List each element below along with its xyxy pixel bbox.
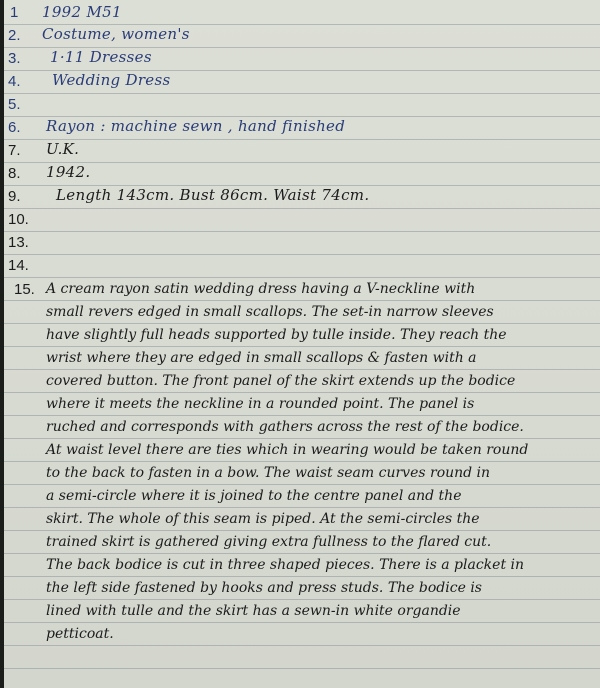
- field-number: 13.: [8, 234, 29, 251]
- ruled-line: [4, 231, 600, 232]
- ruled-line: [4, 576, 600, 577]
- description-line: have slightly full heads supported by tu…: [46, 327, 507, 343]
- category: Costume, women's: [42, 25, 190, 43]
- ruled-line: [4, 622, 600, 623]
- field-number: 14.: [8, 257, 29, 274]
- date: 1942.: [46, 163, 90, 181]
- description-line: to the back to fasten in a bow. The wais…: [46, 465, 490, 481]
- accession-number: 1992 M51: [42, 3, 122, 21]
- description-line: small revers edged in small scallops. Th…: [46, 304, 494, 320]
- field-number: 10.: [8, 211, 29, 228]
- field-number: 4.: [8, 73, 21, 90]
- field-number: 9.: [8, 188, 21, 205]
- ruled-line: [4, 346, 600, 347]
- ruled-line: [4, 599, 600, 600]
- ruled-line: [4, 484, 600, 485]
- description-line: a semi-circle where it is joined to the …: [46, 488, 461, 504]
- ruled-line: [4, 415, 600, 416]
- measurements: Length 143cm. Bust 86cm. Waist 74cm.: [56, 186, 369, 204]
- ruled-line: [4, 461, 600, 462]
- ruled-line: [4, 392, 600, 393]
- object-name: Wedding Dress: [52, 71, 170, 89]
- description-line: where it meets the neckline in a rounded…: [46, 396, 474, 412]
- description-line: A cream rayon satin wedding dress having…: [46, 281, 475, 297]
- description-line: wrist where they are edged in small scal…: [46, 350, 477, 366]
- place-of-origin: U.K.: [46, 140, 79, 158]
- ruled-line: [4, 668, 600, 669]
- ruled-line: [4, 93, 600, 94]
- ruled-line: [4, 323, 600, 324]
- field-number: 7.: [8, 142, 21, 159]
- classification: 1·11 Dresses: [50, 48, 152, 66]
- materials: Rayon : machine sewn , hand finished: [46, 117, 345, 135]
- ruled-line: [4, 162, 600, 163]
- field-number: 8.: [8, 165, 21, 182]
- ruled-line: [4, 300, 600, 301]
- ruled-line: [4, 139, 600, 140]
- description-line: The back bodice is cut in three shaped p…: [46, 557, 524, 573]
- catalogue-card: 1 1992 M51 2. Costume, women's 3. 1·11 D…: [0, 0, 600, 688]
- ruled-line: [4, 645, 600, 646]
- field-number: 2.: [8, 27, 21, 44]
- field-number: 3.: [8, 50, 21, 67]
- field-number: 1: [10, 4, 18, 21]
- ruled-line: [4, 507, 600, 508]
- description-line: trained skirt is gathered giving extra f…: [46, 534, 491, 550]
- ruled-line: [4, 530, 600, 531]
- ruled-line: [4, 254, 600, 255]
- description-line: petticoat.: [46, 626, 114, 642]
- ruled-line: [4, 369, 600, 370]
- description-line: covered button. The front panel of the s…: [46, 373, 515, 389]
- field-number: 6.: [8, 119, 21, 136]
- ruled-line: [4, 553, 600, 554]
- description-line: skirt. The whole of this seam is piped. …: [46, 511, 480, 527]
- left-border-strip: [0, 0, 4, 688]
- ruled-line: [4, 208, 600, 209]
- field-number: 15.: [14, 281, 35, 298]
- description-line: At waist level there are ties which in w…: [46, 442, 528, 458]
- field-number: 5.: [8, 96, 21, 113]
- description-line: ruched and corresponds with gathers acro…: [46, 419, 524, 435]
- ruled-line: [4, 277, 600, 278]
- description-line: lined with tulle and the skirt has a sew…: [46, 603, 461, 619]
- description-line: the left side fastened by hooks and pres…: [46, 580, 482, 596]
- ruled-line: [4, 438, 600, 439]
